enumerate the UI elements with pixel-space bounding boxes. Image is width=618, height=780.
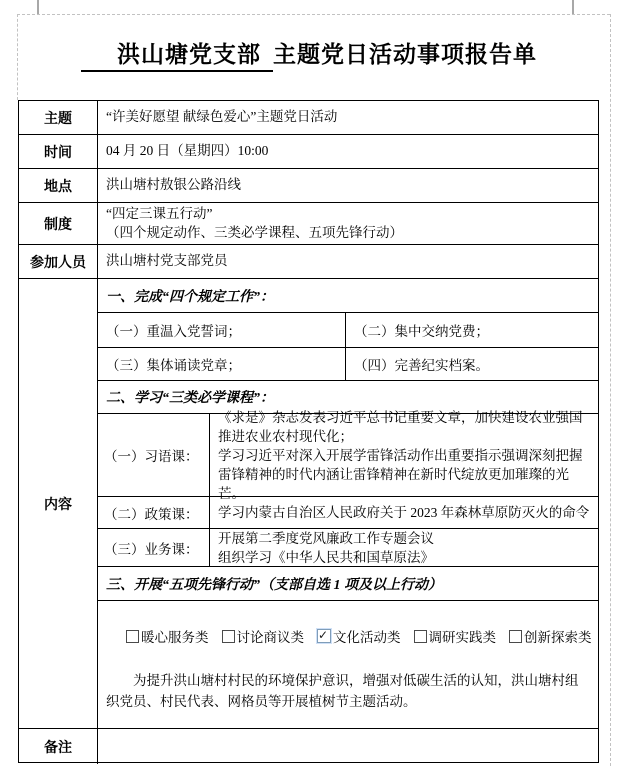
location-label: 地点 [19, 169, 98, 202]
section3-heading: 三、开展“五项先锋行动”（支部自选 1 项及以上行动） [98, 567, 598, 601]
checkbox-cultural-activity[interactable]: 文化活动类 [317, 626, 401, 646]
checkbox-label: 创新探索类 [524, 626, 592, 646]
content-area: 一、完成“四个规定工作”： （一）重温入党誓词； （二）集中交纳党费； （三）集… [98, 279, 598, 728]
checkbox-label: 调研实践类 [429, 626, 497, 646]
section1-items-row2: （三）集体诵读党章； （四）完善纪实档案。 [98, 348, 598, 381]
participants-value: 洪山塘村党支部党员 [98, 245, 598, 278]
checkbox-label: 文化活动类 [333, 626, 401, 646]
course-policy-text: 学习内蒙古自治区人民政府关于 2023 年森林草原防灭火的命令 [210, 497, 598, 528]
time-value: 04 月 20 日（星期四）10:00 [98, 135, 598, 168]
title-branch-name-underlined: 洪山塘党支部 [81, 41, 273, 72]
checkbox-checked-icon[interactable] [317, 629, 331, 643]
top-left-table-stub-line [37, 0, 39, 14]
remarks-label: 备注 [19, 729, 98, 764]
time-label: 时间 [19, 135, 98, 168]
course-business-label: （三）业务课： [98, 529, 210, 566]
checkbox-label: 暖心服务类 [141, 626, 209, 646]
top-right-table-stub-line [572, 0, 574, 14]
table-row-time: 时间 04 月 20 日（星期四）10:00 [19, 135, 598, 169]
checkbox-label: 讨论商议类 [237, 626, 305, 646]
checkbox-research-practice[interactable]: 调研实践类 [414, 626, 497, 646]
system-value: “四定三课五行动” （四个规定动作、三类必学课程、五项先锋行动） [98, 203, 598, 244]
checkbox-icon[interactable] [222, 630, 235, 643]
table-row-participants: 参加人员 洪山塘村党支部党员 [19, 245, 598, 279]
checkbox-icon[interactable] [414, 630, 427, 643]
table-row-content: 内容 一、完成“四个规定工作”： （一）重温入党誓词； （二）集中交纳党费； （… [19, 279, 598, 729]
document-page: 洪山塘党支部 主题党日活动事项报告单 主题 “许美好愿望 献绿色爱心”主题党日活… [0, 0, 618, 780]
checkbox-row: 暖心服务类 讨论商议类 文化活动类 调研实践类 创新探索类 [126, 626, 598, 646]
section1-item-2: （二）集中交纳党费； [346, 313, 598, 347]
checkbox-discussion[interactable]: 讨论商议类 [222, 626, 305, 646]
checkbox-innovation-exploration[interactable]: 创新探索类 [509, 626, 592, 646]
course-row-policy: （二）政策课： 学习内蒙古自治区人民政府关于 2023 年森林草原防灭火的命令 [98, 497, 598, 529]
table-row-system: 制度 “四定三课五行动” （四个规定动作、三类必学课程、五项先锋行动） [19, 203, 598, 245]
location-value: 洪山塘村敖银公路沿线 [98, 169, 598, 202]
section3-body: 暖心服务类 讨论商议类 文化活动类 调研实践类 创新探索类 为提升洪山塘村村民的… [98, 601, 598, 728]
table-row-location: 地点 洪山塘村敖银公路沿线 [19, 169, 598, 203]
theme-label: 主题 [19, 101, 98, 134]
text-boundary-top [17, 14, 610, 15]
theme-value: “许美好愿望 献绿色爱心”主题党日活动 [98, 101, 598, 134]
content-label: 内容 [19, 279, 98, 728]
table-row-remarks: 备注 [19, 729, 598, 764]
section1-items-row1: （一）重温入党誓词； （二）集中交纳党费； [98, 313, 598, 348]
system-label: 制度 [19, 203, 98, 244]
title-rest: 主题党日活动事项报告单 [273, 42, 537, 67]
remarks-value [98, 729, 598, 764]
text-boundary-right [610, 14, 611, 766]
section1-item-4: （四）完善纪实档案。 [346, 348, 598, 380]
section1-item-3: （三）集体诵读党章； [98, 348, 346, 380]
page-title: 洪山塘党支部 主题党日活动事项报告单 [0, 36, 618, 72]
checkbox-warm-service[interactable]: 暖心服务类 [126, 626, 209, 646]
course-xiyu-text: 《求是》杂志发表习近平总书记重要文章，加快建设农业强国 推进农业农村现代化； 学… [210, 414, 598, 496]
course-xiyu-label: （一）习语课： [98, 414, 210, 496]
course-row-xiyu: （一）习语课： 《求是》杂志发表习近平总书记重要文章，加快建设农业强国 推进农业… [98, 414, 598, 497]
course-business-text: 开展第二季度党风廉政工作专题会议 组织学习《中华人民共和国草原法》 [210, 529, 598, 566]
activity-description: 为提升洪山塘村村民的环境保护意识，增强对低碳生活的认知，洪山塘村组织党员、村民代… [106, 670, 588, 712]
checkbox-icon[interactable] [126, 630, 139, 643]
course-policy-label: （二）政策课： [98, 497, 210, 528]
section1-item-1: （一）重温入党誓词； [98, 313, 346, 347]
report-form-table: 主题 “许美好愿望 献绿色爱心”主题党日活动 时间 04 月 20 日（星期四）… [18, 100, 599, 763]
table-row-theme: 主题 “许美好愿望 献绿色爱心”主题党日活动 [19, 101, 598, 135]
section1-heading: 一、完成“四个规定工作”： [98, 279, 598, 313]
participants-label: 参加人员 [19, 245, 98, 278]
checkbox-icon[interactable] [509, 630, 522, 643]
course-row-business: （三）业务课： 开展第二季度党风廉政工作专题会议 组织学习《中华人民共和国草原法… [98, 529, 598, 567]
